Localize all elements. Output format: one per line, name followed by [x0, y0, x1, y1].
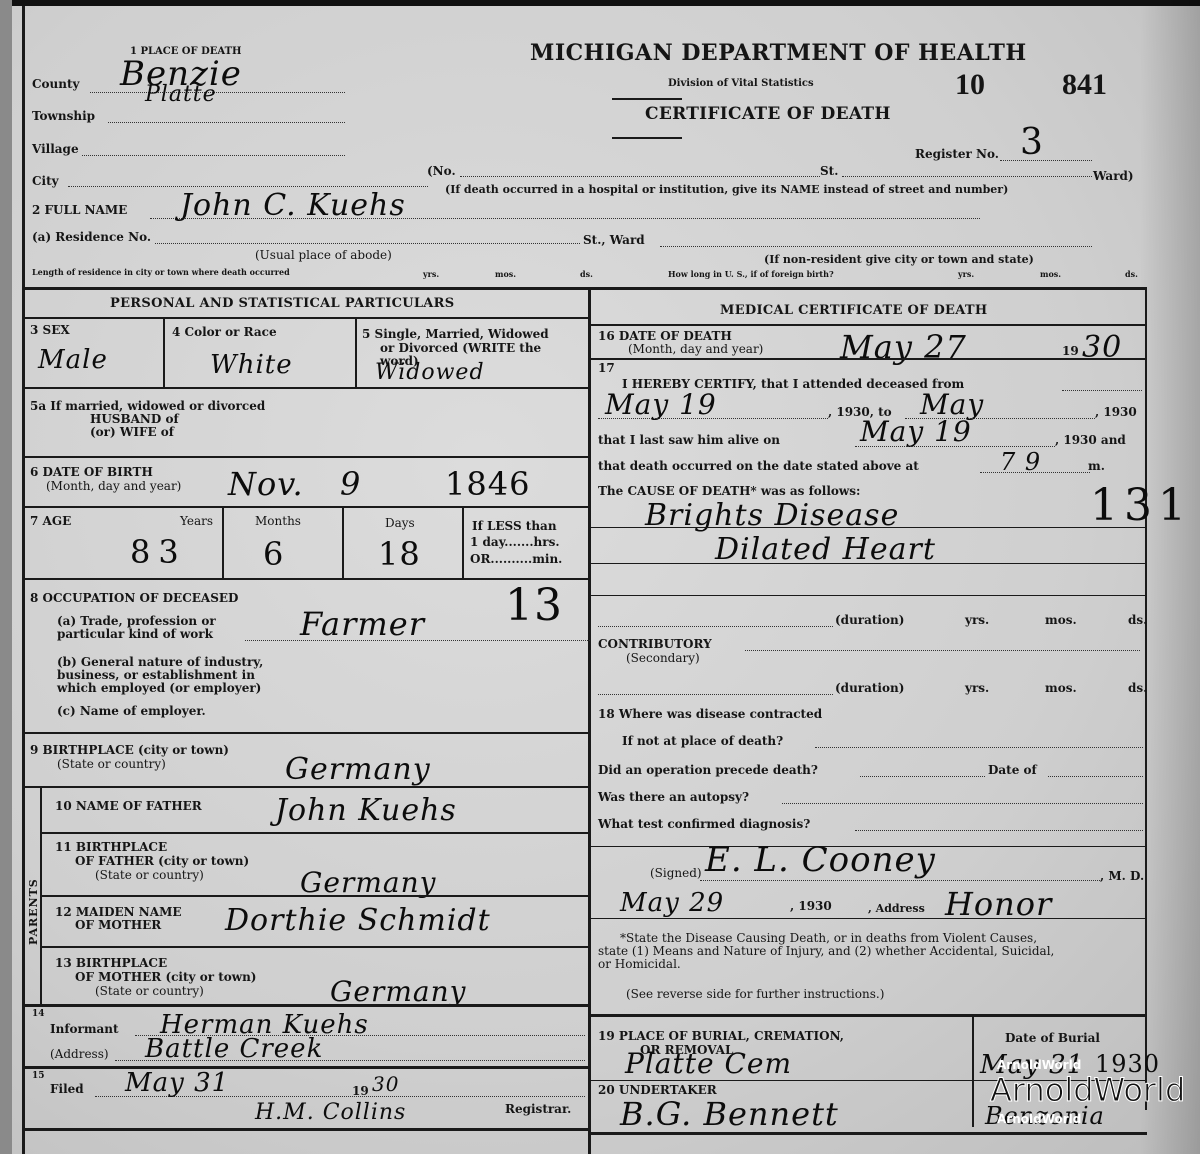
watermark-small-bottom: ArnoldWorld [997, 1112, 1081, 1126]
rule-race-marital [355, 317, 357, 387]
cause-secondary: Dilated Heart [715, 532, 936, 567]
informant-address-value: Battle Creek [145, 1034, 323, 1064]
left-frame-line [22, 6, 25, 1154]
rule-informant [22, 1004, 588, 1007]
birthplace-label: 9 BIRTHPLACE (city or town) [30, 744, 229, 757]
sex-label: 3 SEX [30, 324, 70, 337]
city-label: City [32, 175, 59, 188]
sex-value: Male [38, 345, 108, 375]
filed-month-day: May 31 [125, 1068, 229, 1098]
last-saw-year: , 1930 and [1055, 434, 1126, 447]
header-divider [22, 287, 1147, 290]
rule-years-months [222, 506, 224, 578]
signed-date: May 29 [620, 888, 724, 918]
rule-days-less [462, 506, 464, 578]
rule-age [22, 506, 588, 508]
rule-spouse [22, 387, 588, 389]
residence-line [155, 243, 580, 244]
rule-personal [22, 317, 588, 319]
months-label: Months [255, 515, 301, 528]
q18-sub: If not at place of death? [622, 735, 783, 748]
last-saw-value: May 19 [860, 415, 972, 448]
township-line [108, 122, 345, 123]
usual-abode-note: (Usual place of abode) [255, 249, 392, 262]
title-rule-top [612, 98, 682, 100]
q18-line [815, 747, 1143, 748]
dob-sub: (Month, day and year) [46, 480, 181, 493]
duration-2-line [598, 694, 833, 695]
ward-line [842, 176, 1092, 177]
date-of-line [1048, 776, 1143, 777]
form-title: CERTIFICATE OF DEATH [645, 108, 891, 121]
scan-top-border [0, 0, 1200, 6]
contributory-sub: (Secondary) [626, 652, 700, 665]
rule-father-bp [42, 832, 588, 834]
years-label: Years [180, 515, 213, 528]
residence-mos: mos. [495, 268, 516, 281]
occ-b-label-3: which employed (or employer) [57, 682, 261, 695]
age-days: 18 [378, 535, 421, 573]
less-label-2: 1 day.......hrs. [470, 536, 560, 549]
certificate-number: 841 [1062, 78, 1107, 91]
mother-bp-label-3: (State or country) [95, 985, 204, 998]
scan-right-shadow [1140, 0, 1200, 1154]
informant-address-label: (Address) [50, 1048, 109, 1061]
test-line [855, 830, 1143, 831]
informant-num: 14 [32, 1008, 45, 1021]
attended-to-year: , 1930 [1095, 406, 1137, 419]
address-label: , Address [868, 902, 925, 915]
register-label: Register No. [915, 148, 999, 161]
dob-day: 9 [340, 465, 361, 503]
residence-label: (a) Residence No. [32, 231, 151, 244]
age-years: 83 [130, 533, 187, 571]
village-label: Village [32, 143, 79, 156]
parents-side-label: PARENTS [27, 878, 40, 945]
filed-year: 30 [372, 1072, 399, 1096]
mother-label-2: OF MOTHER [75, 919, 161, 932]
md-label: , M. D. [1100, 870, 1144, 883]
signed-line [700, 880, 1100, 881]
cause-code: 131 [1090, 480, 1192, 531]
last-saw-label: that I last saw him alive on [598, 434, 780, 447]
less-label-3: OR..........min. [470, 553, 562, 566]
father-bp-label-3: (State or country) [95, 869, 204, 882]
occ-a-label-2: particular kind of work [57, 628, 213, 641]
residence-yrs: yrs. [423, 268, 439, 281]
dob-label: 6 DATE OF BIRTH [30, 466, 153, 479]
personal-heading: PERSONAL AND STATISTICAL PARTICULARS [110, 297, 454, 310]
race-label: 4 Color or Race [172, 326, 277, 339]
rule-burial [591, 1014, 1147, 1017]
q18-label: 18 Where was disease contracted [598, 708, 822, 721]
mother-bp-label-2: OF MOTHER (city or town) [75, 971, 256, 984]
duration-2-ds: ds. [1128, 682, 1147, 695]
marital-label-1: 5 Single, Married, Widowed [362, 328, 549, 341]
medical-heading: MEDICAL CERTIFICATE OF DEATH [720, 304, 987, 317]
residence-ward-line [660, 246, 1092, 247]
burial-place-value: Platte Cem [625, 1047, 792, 1080]
informant-label: Informant [50, 1023, 119, 1036]
undertaker-value: B.G. Bennett [620, 1095, 839, 1133]
autopsy-label: Was there an autopsy? [598, 791, 749, 804]
rule-filed [22, 1066, 588, 1069]
occupation-value: Farmer [300, 605, 425, 643]
residence-ds: ds. [580, 268, 593, 281]
rule-parents [22, 786, 588, 788]
rule-cause-3 [591, 595, 1147, 596]
spouse-label-3: (or) WIFE of [90, 426, 174, 439]
rule-bottom-left [22, 1128, 588, 1131]
rule-dob [22, 456, 588, 458]
agency-title: MICHIGAN DEPARTMENT OF HEALTH [530, 47, 1027, 60]
father-bp-label-2: OF FATHER (city or town) [75, 855, 249, 868]
township-label: Township [32, 110, 95, 123]
dod-value: May 27 [840, 328, 967, 366]
street-st-label: St. [820, 165, 838, 178]
residence-st-ward: St., Ward [583, 234, 645, 247]
race-value: White [210, 350, 293, 380]
autopsy-line [782, 803, 1143, 804]
footnote-line-3: or Homicidal. [598, 958, 681, 971]
right-frame-line [1145, 290, 1147, 1110]
occ-c-label: (c) Name of employer. [57, 705, 206, 718]
test-label: What test confirmed diagnosis? [598, 818, 810, 831]
contributory-label: CONTRIBUTORY [598, 638, 712, 651]
title-rule-bottom [612, 137, 682, 139]
birthplace-value: Germany [285, 752, 431, 787]
us-mos: mos. [1040, 268, 1061, 281]
registrar-label: Registrar. [505, 1103, 571, 1116]
father-value: John Kuehs [275, 793, 457, 828]
burial-date-label: Date of Burial [1005, 1032, 1100, 1045]
attended-from-line [598, 418, 828, 419]
rule-bottom-right [591, 1132, 1147, 1135]
street-line [460, 176, 820, 177]
contributory-line [745, 650, 1140, 651]
time-suffix: m. [1088, 460, 1105, 473]
filed-num: 15 [32, 1070, 45, 1083]
birthplace-sub: (State or country) [57, 758, 166, 771]
full-name-value: John C. Kuehs [180, 188, 406, 223]
reverse-note: (See reverse side for further instructio… [626, 988, 884, 1001]
register-line [1000, 160, 1092, 161]
mother-value: Dorthie Schmidt [225, 903, 491, 938]
age-months: 6 [263, 535, 284, 573]
registrar-signature: H.M. Collins [255, 1100, 406, 1125]
rule-sex-race [163, 317, 165, 387]
watermark-small-top: ArnoldWorld [997, 1058, 1081, 1072]
duration-1-label: (duration) [835, 614, 904, 627]
length-residence-label: Length of residence in city or town wher… [32, 266, 290, 279]
rule-months-days [342, 506, 344, 578]
burial-place-label-1: 19 PLACE OF BURIAL, CREMATION, [598, 1030, 844, 1043]
dod-sub: (Month, day and year) [628, 343, 763, 356]
last-saw-line [855, 446, 1055, 447]
father-bp-label-1: 11 BIRTHPLACE [55, 841, 167, 854]
center-divider [588, 290, 591, 1154]
hospital-note: (If death occurred in a hospital or inst… [445, 183, 1008, 196]
signed-year: , 1930 [790, 900, 832, 913]
rule-occupation [22, 578, 588, 580]
duration-2-label: (duration) [835, 682, 904, 695]
mother-bp-label-1: 13 BIRTHPLACE [55, 957, 167, 970]
nonresident-note: (If non-resident give city or town and s… [764, 253, 1034, 266]
filed-year-prefix: 19 [352, 1085, 369, 1098]
father-label: 10 NAME OF FATHER [55, 800, 202, 813]
county-label: County [32, 78, 80, 91]
filed-label: Filed [50, 1083, 84, 1096]
days-label: Days [385, 517, 415, 530]
rule-footnote [591, 918, 1147, 919]
township-value: Platte [145, 82, 217, 107]
duration-1-mos: mos. [1045, 614, 1077, 627]
duration-2-yrs: yrs. [965, 682, 989, 695]
death-certificate: 1 PLACE OF DEATH County Benzie Township … [0, 0, 1200, 1154]
full-name-label: 2 FULL NAME [32, 204, 127, 217]
division-title: Division of Vital Statistics [668, 77, 814, 90]
how-long-us-label: How long in U. S., if of foreign birth? [668, 268, 834, 281]
occupation-code: 13 [505, 580, 563, 631]
duration-1-ds: ds. [1128, 614, 1147, 627]
ward-label: Ward) [1093, 170, 1134, 183]
watermark-large: ArnoldWorld [990, 1071, 1185, 1109]
marital-value: Widowed [375, 360, 485, 385]
dob-year: 1846 [445, 465, 530, 503]
rule-certify [591, 358, 1147, 360]
duration-1-line [598, 626, 833, 627]
certify-line [1062, 390, 1142, 391]
operation-label: Did an operation precede death? [598, 764, 818, 777]
time-label: that death occurred on the date stated a… [598, 460, 919, 473]
duration-2-mos: mos. [1045, 682, 1077, 695]
attended-from: May 19 [605, 388, 717, 421]
scan-left-border [0, 0, 12, 1154]
time-value: 7 9 [1000, 448, 1041, 476]
rule-mother [42, 895, 588, 897]
village-line [82, 155, 345, 156]
rule-birthplace [22, 732, 588, 734]
cause-label: The CAUSE OF DEATH* was as follows: [598, 485, 860, 498]
certificate-prefix: 10 [955, 78, 985, 91]
street-no-label: (No. [427, 165, 456, 178]
rule-cause-1 [591, 527, 1147, 528]
dod-year-prefix: 19 [1062, 345, 1079, 358]
us-ds: ds. [1125, 268, 1138, 281]
age-label: 7 AGE [30, 515, 71, 528]
rule-burial-date [972, 1017, 974, 1127]
less-label-1: If LESS than [472, 520, 557, 533]
rule-cause-2 [591, 563, 1147, 564]
certify-num: 17 [598, 362, 615, 375]
operation-line [860, 776, 985, 777]
signed-label: (Signed) [650, 867, 702, 880]
date-of-label: Date of [988, 764, 1037, 777]
signed-signature: E. L. Cooney [705, 840, 936, 880]
occupation-heading: 8 OCCUPATION OF DECEASED [30, 592, 238, 605]
duration-1-yrs: yrs. [965, 614, 989, 627]
rule-mother-bp [42, 946, 588, 948]
rule-medical [591, 324, 1147, 326]
us-yrs: yrs. [958, 268, 974, 281]
dob-month: Nov. [228, 465, 304, 503]
city-line [68, 186, 428, 187]
register-value: 3 [1020, 122, 1044, 163]
